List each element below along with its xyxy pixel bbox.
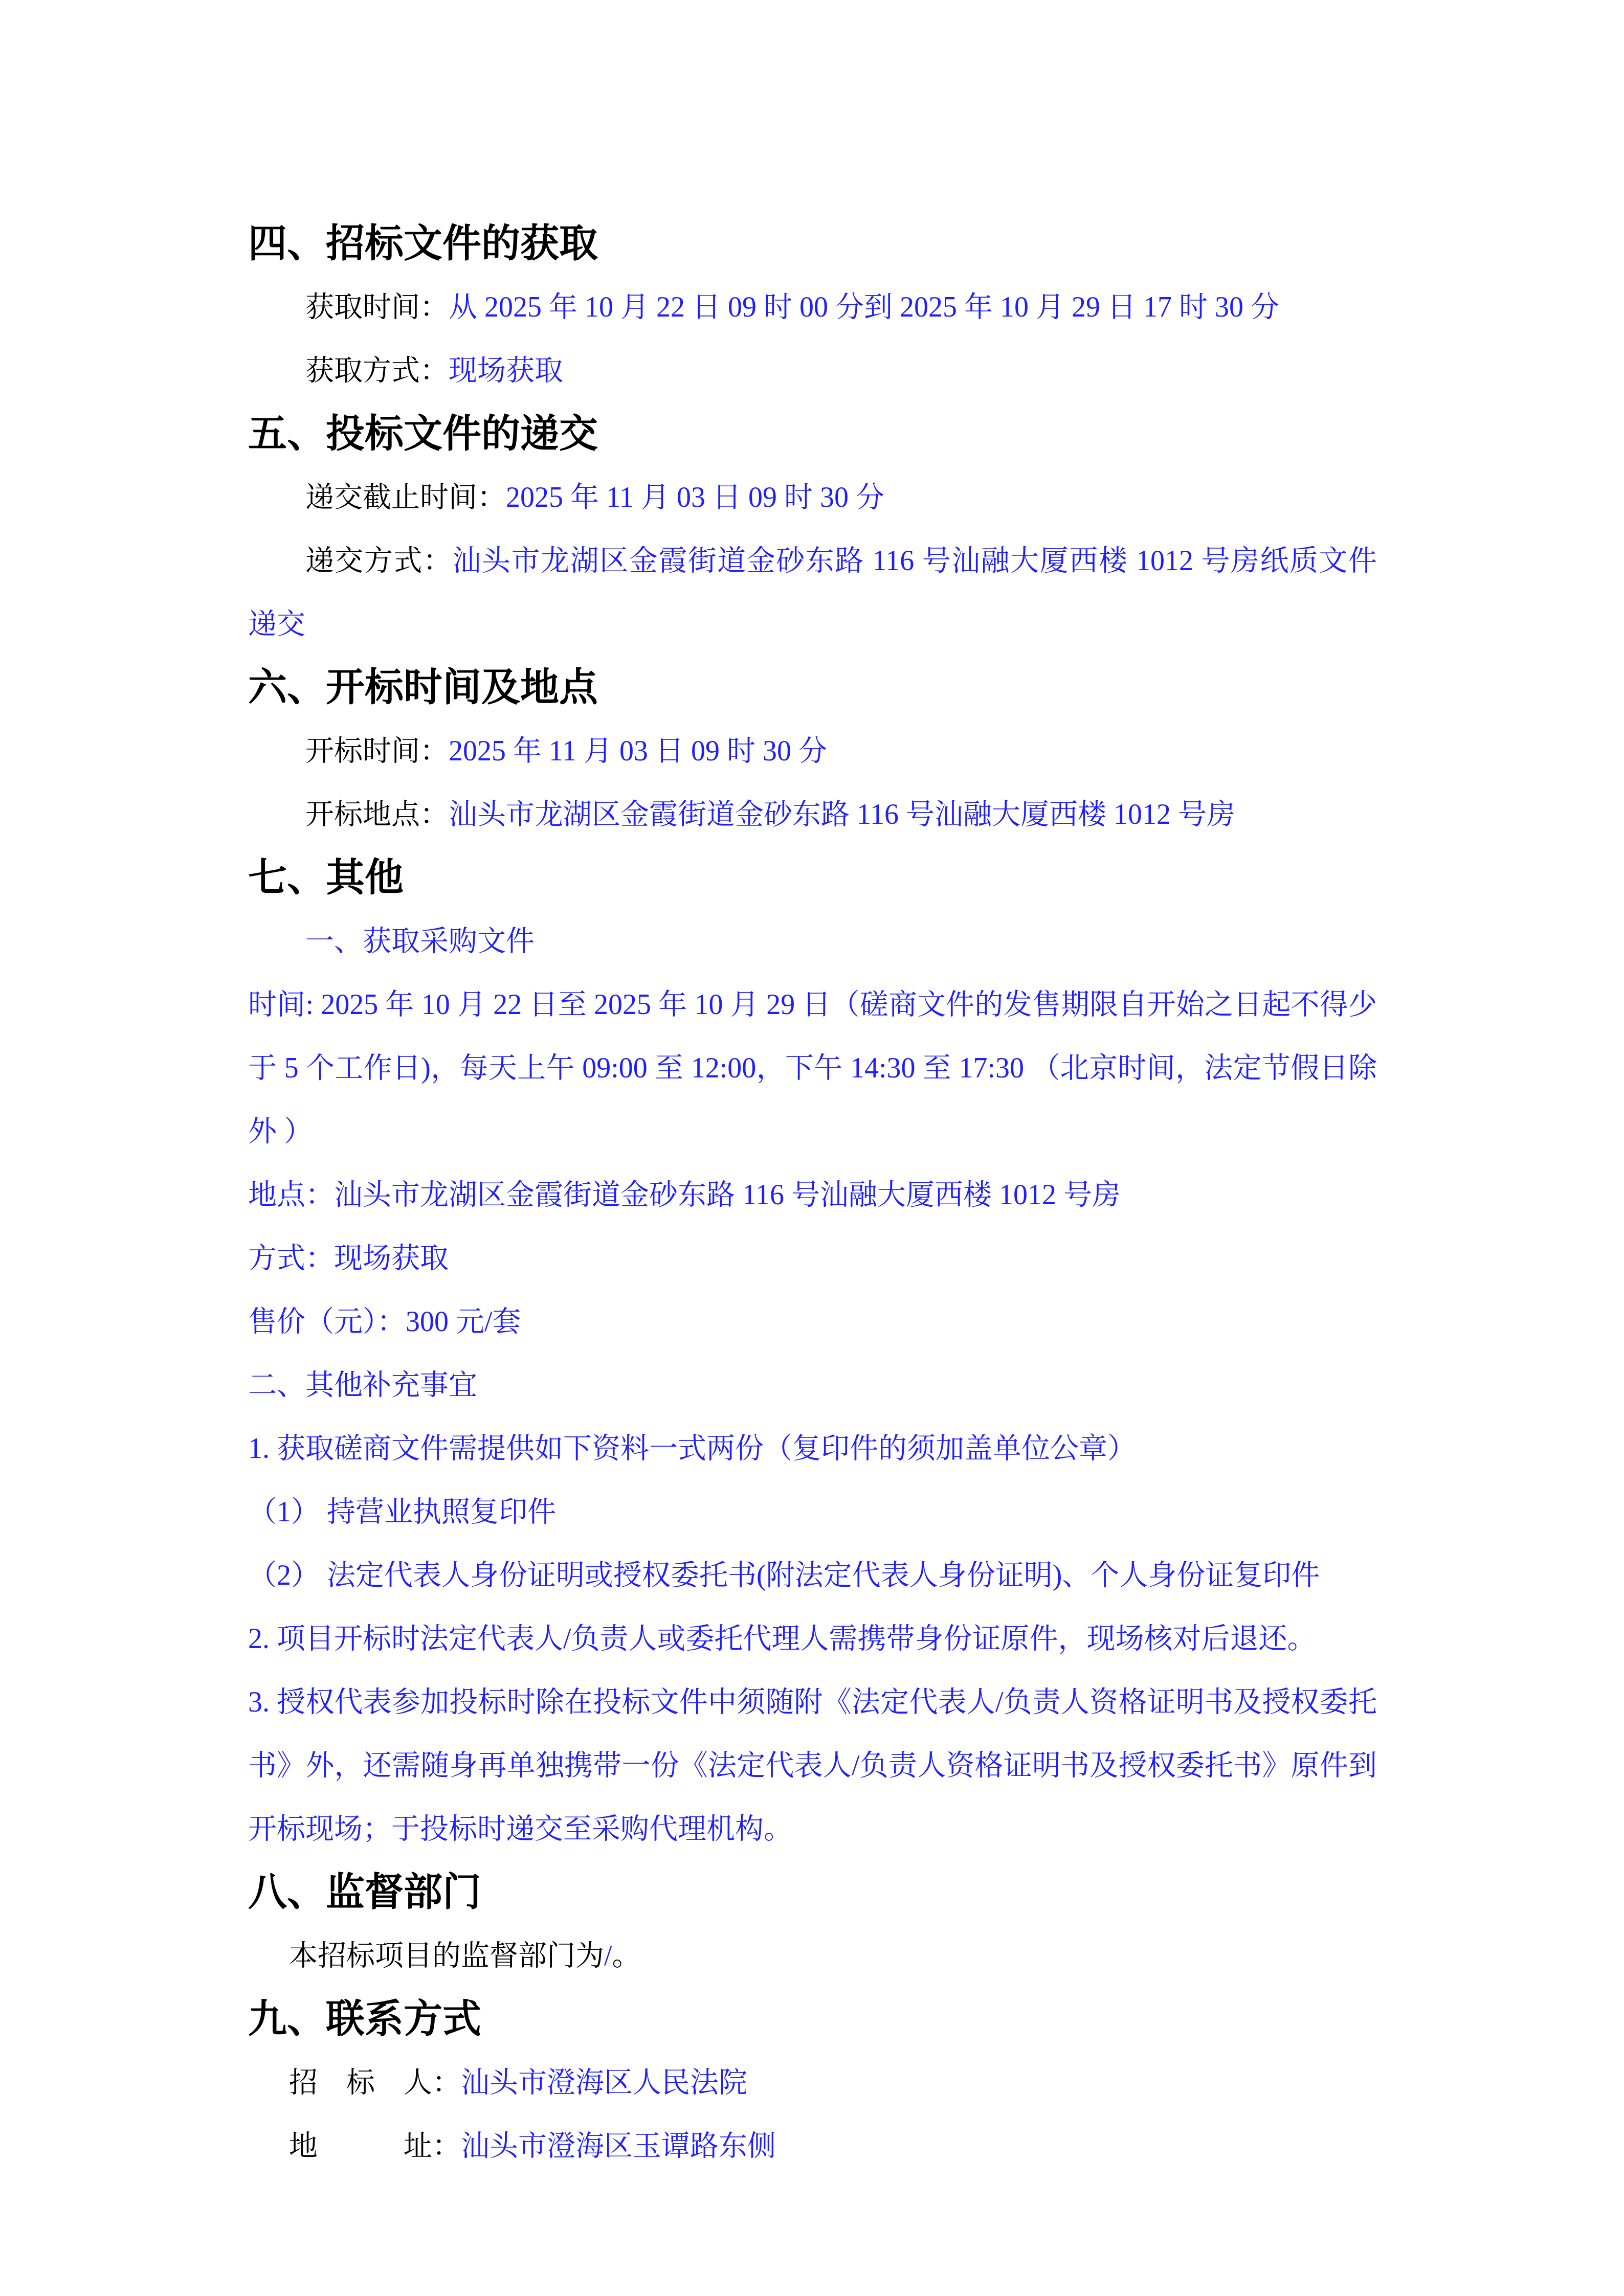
s9-tenderer-row: 招 标 人：汕头市澄海区人民法院 <box>248 2051 1377 2114</box>
section-4-heading: 四、招标文件的获取 <box>248 212 1377 276</box>
submit-method-label: 递交方式： <box>305 545 453 577</box>
open-place-label: 开标地点： <box>305 799 449 830</box>
s7-note1-paragraph: 1. 获取磋商文件需提供如下资料一式两份（复印件的须加盖单位公章） <box>248 1417 1377 1480</box>
obtain-time-label: 获取时间： <box>305 291 449 323</box>
obtain-method-label: 获取方式： <box>305 355 449 387</box>
obtain-method-value: 现场获取 <box>449 355 563 387</box>
s9-address-row: 地 址：汕头市澄海区玉谭路东侧 <box>248 2114 1377 2178</box>
s4-obtain-method-row: 获取方式：现场获取 <box>248 339 1377 402</box>
tenderer-label: 招 标 人： <box>289 2067 461 2099</box>
s7-method-paragraph: 方式：现场获取 <box>248 1227 1377 1290</box>
s5-submit-method-row: 递交方式：汕头市龙湖区金霞街道金砂东路 116 号汕融大厦西楼 1012 号房纸… <box>248 529 1377 656</box>
s7-sub1-title: 一、获取采购文件 <box>248 910 1377 973</box>
supervision-period: 。 <box>612 1940 641 1972</box>
open-place-value: 汕头市龙湖区金霞街道金砂东路 116 号汕融大厦西楼 1012 号房 <box>449 799 1235 830</box>
obtain-time-value: 从 2025 年 10 月 22 日 09 时 00 分到 2025 年 10 … <box>449 291 1279 323</box>
s8-supervision-row: 本招标项目的监督部门为/。 <box>248 1924 1377 1988</box>
s7-sub2-title: 二、其他补充事宜 <box>248 1354 1377 1417</box>
s7-price-paragraph: 售价（元）：300 元/套 <box>248 1290 1377 1354</box>
s6-open-place-row: 开标地点：汕头市龙湖区金霞街道金砂东路 116 号汕融大厦西楼 1012 号房 <box>248 783 1377 846</box>
deadline-label: 递交截止时间： <box>305 482 506 513</box>
address-label: 地 址： <box>289 2130 461 2162</box>
section-7-heading: 七、其他 <box>248 846 1377 910</box>
s7-time-paragraph: 时间: 2025 年 10 月 22 日至 2025 年 10 月 29 日（磋… <box>248 973 1377 1163</box>
s7-note3-paragraph: 3. 授权代表参加投标时除在投标文件中须随附《法定代表人/负责人资格证明书及授权… <box>248 1671 1377 1861</box>
section-9-heading: 九、联系方式 <box>248 1988 1377 2051</box>
s7-note2-paragraph: 2. 项目开标时法定代表人/负责人或委托代理人需携带身份证原件，现场核对后退还。 <box>248 1607 1377 1671</box>
tender-notice-page: 四、招标文件的获取 获取时间：从 2025 年 10 月 22 日 09 时 0… <box>0 0 1624 2296</box>
s5-deadline-row: 递交截止时间：2025 年 11 月 03 日 09 时 30 分 <box>248 466 1377 529</box>
s7-note1-1-paragraph: （1） 持营业执照复印件 <box>248 1480 1377 1544</box>
s7-note1-2-paragraph: （2） 法定代表人身份证明或授权委托书(附法定代表人身份证明)、个人身份证复印件 <box>248 1544 1377 1607</box>
section-6-heading: 六、开标时间及地点 <box>248 656 1377 719</box>
open-time-value: 2025 年 11 月 03 日 09 时 30 分 <box>449 735 827 767</box>
section-8-heading: 八、监督部门 <box>248 1861 1377 1924</box>
s7-place-paragraph: 地点：汕头市龙湖区金霞街道金砂东路 116 号汕融大厦西楼 1012 号房 <box>248 1163 1377 1227</box>
supervision-text: 本招标项目的监督部门为 <box>289 1940 604 1972</box>
s6-open-time-row: 开标时间：2025 年 11 月 03 日 09 时 30 分 <box>248 719 1377 783</box>
supervision-value: / <box>604 1940 612 1972</box>
s4-obtain-time-row: 获取时间：从 2025 年 10 月 22 日 09 时 00 分到 2025 … <box>248 276 1377 339</box>
section-5-heading: 五、投标文件的递交 <box>248 402 1377 466</box>
deadline-value: 2025 年 11 月 03 日 09 时 30 分 <box>506 482 884 513</box>
tenderer-value: 汕头市澄海区人民法院 <box>461 2067 747 2099</box>
address-value: 汕头市澄海区玉谭路东侧 <box>461 2130 776 2162</box>
open-time-label: 开标时间： <box>305 735 449 767</box>
